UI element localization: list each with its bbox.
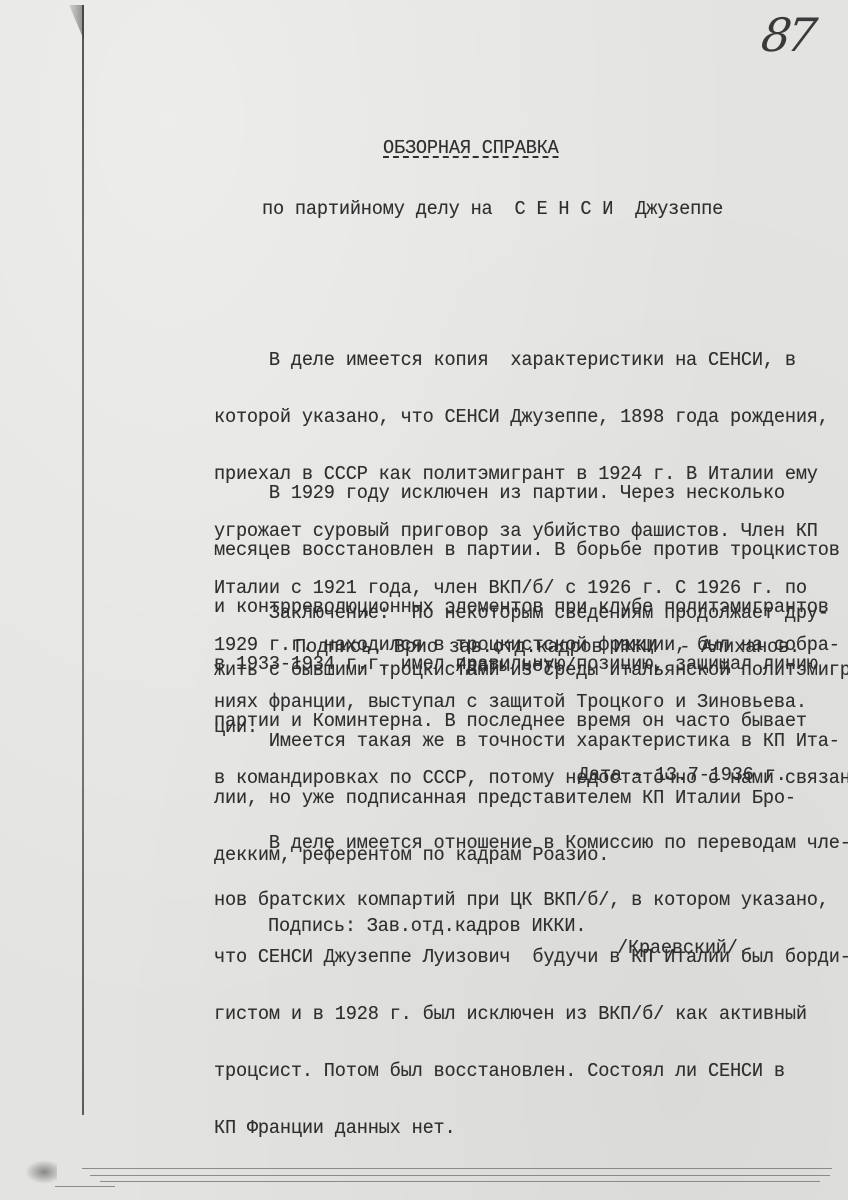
page-stack-line — [100, 1181, 820, 1182]
document-subtitle: по партийному делу на С Е Н С И Джузеппе — [262, 200, 723, 219]
signature-head: Подпись: Зав.отд.кадров ИККИ. — [268, 917, 586, 936]
text-line: троцсист. Потом был восстановлен. Состоя… — [214, 1062, 848, 1081]
text-line: которой указано, что СЕНСИ Джузеппе, 189… — [214, 408, 840, 427]
text-line: месяцев восстановлен в партии. В борьбе … — [214, 541, 848, 560]
paragraph-commission: В деле имеется отношение в Комиссию по п… — [214, 796, 848, 1176]
document-date: Дата - 13.7-1936 г. — [578, 766, 787, 785]
text-line: КП Франции данных нет. — [214, 1119, 848, 1138]
signature-date-note: /даты нет./ — [455, 657, 576, 676]
text-line: В 1929 году исключен из партии. Через не… — [214, 484, 848, 503]
signature-kraevsky: /Краевский/. — [617, 939, 749, 958]
page-stack-line — [55, 1186, 115, 1187]
text-line: что СЕНСИ Джузеппе Луизович будучи в КП … — [214, 948, 848, 967]
text-line: В деле имеется отношение в Комиссию по п… — [214, 834, 848, 853]
text-line: Заключение: По некоторым сведениям продо… — [214, 604, 848, 623]
binding-edge-line — [82, 5, 84, 1115]
text-line: гистом и в 1928 г. был исключен из ВКП/б… — [214, 1005, 848, 1024]
binding-smudge — [25, 1160, 57, 1184]
text-line: нов братских компартий при ЦК ВКП/б/, в … — [214, 891, 848, 910]
page-number: 87 — [758, 8, 816, 62]
text-line: В деле имеется копия характеристики на С… — [214, 351, 840, 370]
document-title: ОБЗОРНАЯ СПРАВКА — [383, 139, 559, 158]
text-line: Имеется такая же в точности характеристи… — [214, 732, 840, 751]
document-page: 87 ОБЗОРНАЯ СПРАВКА по партийному делу н… — [0, 0, 848, 1200]
